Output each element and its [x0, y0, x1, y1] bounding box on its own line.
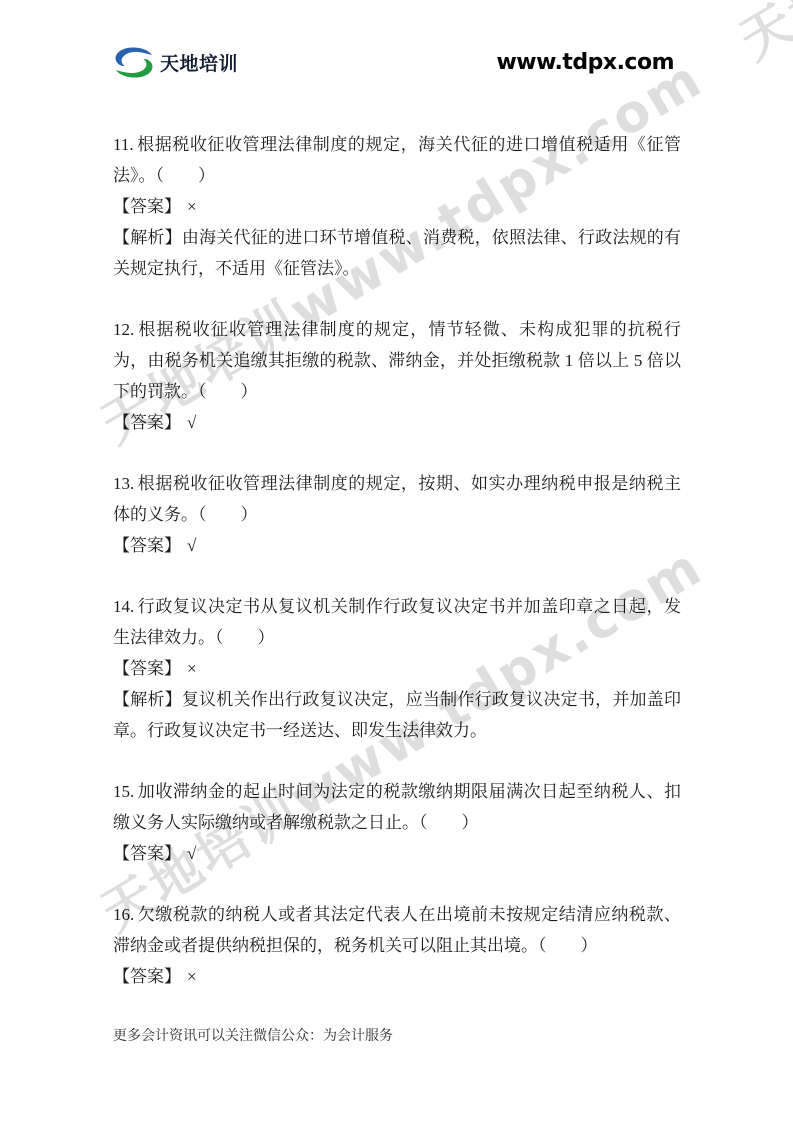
- answer-line: 【答案】√: [113, 530, 681, 561]
- answer-mark: ×: [187, 967, 197, 986]
- question-block-11: 11.根据税收征收管理法律制度的规定，海关代征的进口增值税适用《征管法》。（ ）…: [113, 129, 681, 284]
- answer-line: 【答案】√: [113, 838, 681, 869]
- answer-mark: √: [187, 413, 196, 432]
- question-number: 11.: [113, 135, 134, 154]
- question-statement: 行政复议决定书从复议机关制作行政复议决定书并加盖印章之日起，发生法律效力。（ ）: [113, 597, 681, 647]
- answer-label: 【答案】: [113, 413, 181, 432]
- answer-line: 【答案】×: [113, 653, 681, 684]
- question-block-12: 12.根据税收征收管理法律制度的规定，情节轻微、未构成犯罪的抗税行为，由税务机关…: [113, 314, 681, 438]
- question-statement: 根据税收征收管理法律制度的规定，海关代征的进口增值税适用《征管法》。（ ）: [113, 135, 681, 185]
- question-number: 16.: [113, 905, 134, 924]
- question-statement: 根据税收征收管理法律制度的规定，情节轻微、未构成犯罪的抗税行为，由税务机关追缴其…: [113, 320, 681, 401]
- answer-label: 【答案】: [113, 197, 181, 216]
- question-statement: 根据税收征收管理法律制度的规定，按期、如实办理纳税申报是纳税主体的义务。（ ）: [113, 474, 681, 524]
- question-block-16: 16.欠缴税款的纳税人或者其法定代表人在出境前未按规定结清应纳税款、滞纳金或者提…: [113, 899, 681, 992]
- question-text: 15.加收滞纳金的起止时间为法定的税款缴纳期限届满次日起至纳税人、扣缴义务人实际…: [113, 776, 681, 838]
- question-block-15: 15.加收滞纳金的起止时间为法定的税款缴纳期限届满次日起至纳税人、扣缴义务人实际…: [113, 776, 681, 869]
- question-text: 16.欠缴税款的纳税人或者其法定代表人在出境前未按规定结清应纳税款、滞纳金或者提…: [113, 899, 681, 961]
- analysis-label: 【解析】: [113, 690, 182, 709]
- website-url: www.tdpx.com: [496, 50, 674, 75]
- question-statement: 加收滞纳金的起止时间为法定的税款缴纳期限届满次日起至纳税人、扣缴义务人实际缴纳或…: [113, 782, 681, 832]
- logo-text: 天地培训: [160, 49, 238, 76]
- question-statement: 欠缴税款的纳税人或者其法定代表人在出境前未按规定结清应纳税款、滞纳金或者提供纳税…: [113, 905, 681, 955]
- analysis-line: 【解析】复议机关作出行政复议决定，应当制作行政复议决定书，并加盖印章。行政复议决…: [113, 684, 681, 746]
- swirl-logo-icon: [113, 46, 155, 79]
- answer-label: 【答案】: [113, 659, 181, 678]
- page-header: 天地培训 www.tdpx.com: [113, 46, 674, 79]
- question-block-14: 14.行政复议决定书从复议机关制作行政复议决定书并加盖印章之日起，发生法律效力。…: [113, 591, 681, 746]
- analysis-label: 【解析】: [113, 228, 182, 247]
- answer-label: 【答案】: [113, 967, 181, 986]
- analysis-line: 【解析】由海关代征的进口环节增值税、消费税，依照法律、行政法规的有关规定执行，不…: [113, 222, 681, 284]
- question-number: 14.: [113, 597, 134, 616]
- question-block-13: 13.根据税收征收管理法律制度的规定，按期、如实办理纳税申报是纳税主体的义务。（…: [113, 468, 681, 561]
- answer-line: 【答案】×: [113, 961, 681, 992]
- question-number: 13.: [113, 474, 134, 493]
- answer-mark: √: [187, 536, 196, 555]
- question-text: 11.根据税收征收管理法律制度的规定，海关代征的进口增值税适用《征管法》。（ ）: [113, 129, 681, 191]
- answer-label: 【答案】: [113, 536, 181, 555]
- question-number: 12.: [113, 320, 134, 339]
- answer-label: 【答案】: [113, 844, 181, 863]
- company-logo: 天地培训: [113, 46, 238, 79]
- question-number: 15.: [113, 782, 134, 801]
- document-page: 天地培训www.tdpx.com 天地 天地培训www.tdpx.com 天地培…: [0, 0, 793, 1122]
- answer-mark: ×: [187, 197, 197, 216]
- questions-section: 11.根据税收征收管理法律制度的规定，海关代征的进口增值税适用《征管法》。（ ）…: [113, 129, 681, 1022]
- footer-note: 更多会计资讯可以关注微信公众：为会计服务: [113, 1026, 393, 1048]
- analysis-text: 复议机关作出行政复议决定，应当制作行政复议决定书，并加盖印章。行政复议决定书一经…: [113, 690, 681, 740]
- answer-mark: ×: [187, 659, 197, 678]
- question-text: 13.根据税收征收管理法律制度的规定，按期、如实办理纳税申报是纳税主体的义务。（…: [113, 468, 681, 530]
- answer-line: 【答案】×: [113, 191, 681, 222]
- answer-line: 【答案】√: [113, 407, 681, 438]
- answer-mark: √: [187, 844, 196, 863]
- question-text: 14.行政复议决定书从复议机关制作行政复议决定书并加盖印章之日起，发生法律效力。…: [113, 591, 681, 653]
- question-text: 12.根据税收征收管理法律制度的规定，情节轻微、未构成犯罪的抗税行为，由税务机关…: [113, 314, 681, 407]
- analysis-text: 由海关代征的进口环节增值税、消费税，依照法律、行政法规的有关规定执行，不适用《征…: [113, 228, 681, 278]
